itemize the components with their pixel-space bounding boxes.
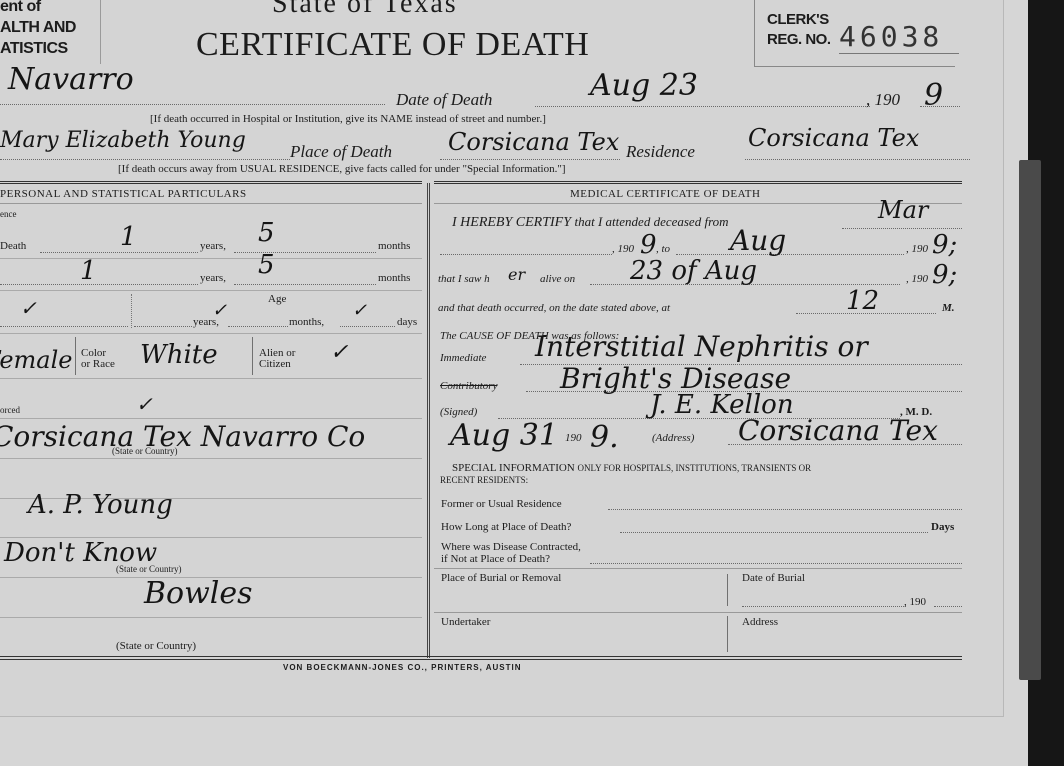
row2-months-value: 5	[258, 250, 275, 280]
department-divider	[100, 0, 101, 64]
row2-years-line	[0, 284, 198, 285]
county-value: Navarro	[8, 62, 134, 97]
alive-year-prefix: , 190	[906, 273, 928, 285]
mother-state-label: (State or Country)	[116, 640, 196, 652]
line	[608, 509, 962, 510]
alive-year-value: 9;	[932, 260, 957, 290]
personal-heading: PERSONAL AND STATISTICAL PARTICULARS	[0, 188, 247, 200]
department-line-2: ALTH AND	[0, 17, 76, 38]
name-line	[0, 159, 290, 160]
residence-note: [If death occurs away from USUAL RESIDEN…	[118, 163, 566, 175]
time-of-death-value: 12	[846, 286, 879, 316]
age-days-label: days	[397, 316, 417, 328]
age-days-check: ✓	[352, 300, 367, 321]
column-divider	[427, 183, 430, 658]
age-label: Age	[268, 293, 286, 305]
date-of-death-value: Aug 23	[590, 68, 698, 103]
recent-residents-label: RECENT RESIDENTS:	[440, 474, 811, 486]
citizen-check: ✓	[330, 340, 348, 365]
certificate-title: CERTIFICATE OF DEATH	[196, 26, 589, 64]
residence-label: Residence	[626, 142, 695, 162]
death-year-line	[920, 106, 960, 107]
death-year-value: 9	[924, 78, 943, 113]
death-occurred-label: and that death occurred, on the date sta…	[438, 302, 670, 314]
row1-years-line	[40, 252, 198, 253]
rule	[0, 333, 422, 334]
line	[440, 254, 612, 255]
special-info-heading: SPECIAL INFORMATION	[452, 462, 575, 474]
saw-label: that I saw h	[438, 273, 490, 285]
father-state-label: (State or Country)	[116, 564, 182, 574]
rule	[0, 290, 422, 291]
check-mark: ✓	[20, 296, 37, 320]
signature-date-value: Aug 31	[450, 418, 558, 453]
residence-value: Corsicana Tex	[748, 124, 919, 152]
state-title: State of Texas	[272, 0, 458, 20]
clerk-label: CLERK'S	[767, 10, 831, 30]
divider	[727, 574, 728, 606]
line	[134, 326, 192, 327]
from-year-prefix: , 190	[612, 243, 634, 255]
rule	[434, 612, 962, 613]
to-year-prefix: , 190	[906, 243, 928, 255]
not-at-place-label: if Not at Place of Death?	[441, 553, 581, 565]
line	[228, 326, 288, 327]
citizen-label: Citizen	[259, 359, 295, 370]
reg-no-label: REG. NO.	[767, 30, 831, 50]
line	[590, 563, 962, 564]
alive-label: alive on	[540, 273, 575, 285]
color-value: White	[140, 340, 218, 370]
rule	[0, 418, 422, 419]
rule	[0, 378, 422, 379]
former-residence-label: Former or Usual Residence	[441, 498, 562, 510]
contributory-label: Contributory	[440, 380, 497, 392]
row1-months-line	[234, 252, 376, 253]
deceased-name-value: Mary Elizabeth Young	[0, 128, 246, 153]
undertaker-label: Undertaker	[441, 616, 490, 628]
department-line-1: ent of	[0, 0, 76, 17]
row1-months-label: months	[378, 240, 410, 252]
line	[0, 326, 128, 327]
row2-months-line	[234, 284, 376, 285]
saw-pronoun-value: er	[508, 265, 525, 284]
medical-heading: MEDICAL CERTIFICATE OF DEATH	[570, 188, 760, 200]
address-label: (Address)	[652, 432, 694, 444]
to-value: Aug	[730, 224, 786, 257]
section-divider-right	[434, 181, 962, 184]
rule	[434, 568, 962, 569]
alive-on-value: 23 of Aug	[630, 256, 757, 286]
race-label: or Race	[81, 359, 115, 370]
section-divider-left	[0, 181, 422, 184]
certify-rest: that I attended deceased from	[575, 214, 729, 229]
sex-value: Female	[0, 346, 73, 374]
death-year-prefix: , 190	[866, 90, 900, 110]
department-line-3: ATISTICS	[0, 38, 76, 59]
attended-from-value: Mar	[878, 196, 928, 224]
rule	[0, 203, 422, 204]
printer-imprint: VON BOECKMANN-JONES CO., PRINTERS, AUSTI…	[283, 663, 522, 672]
signed-label: (Signed)	[440, 406, 477, 418]
father-name-value: A. P. Young	[28, 490, 173, 520]
divorced-label: orced	[0, 405, 20, 415]
date-of-death-label: Date of Death	[396, 90, 492, 110]
line	[842, 228, 962, 229]
row1-years-value: 1	[120, 222, 137, 252]
burial-year-prefix: , 190	[904, 596, 926, 608]
age-divider	[131, 294, 132, 328]
birthplace-value: Corsicana Tex Navarro Co	[0, 420, 365, 453]
burial-date-label: Date of Burial	[742, 572, 805, 584]
how-long-label: How Long at Place of Death?	[441, 521, 571, 533]
age-months-label: months,	[289, 316, 324, 328]
immediate-label: Immediate	[440, 352, 486, 364]
hospital-note: [If death occurred in Hospital or Instit…	[150, 113, 546, 125]
residence-length-label: ence	[0, 209, 16, 219]
place-of-death-value: Corsicana Tex	[448, 128, 619, 156]
row2-months-label: months	[378, 272, 410, 284]
row2-years-value: 1	[80, 256, 97, 286]
divider	[75, 337, 76, 375]
sign-year-value: 9.	[590, 420, 619, 455]
line	[934, 606, 962, 607]
physician-address-value: Corsicana Tex	[738, 414, 938, 447]
line	[742, 606, 906, 607]
row2-years-label: years,	[200, 272, 226, 284]
mother-name-value: Bowles	[144, 576, 253, 611]
place-of-death-label: Place of Death	[290, 142, 392, 162]
date-of-death-line	[535, 106, 870, 107]
burial-place-label: Place of Burial or Removal	[441, 572, 561, 584]
row1-months-value: 5	[258, 218, 275, 248]
rule	[0, 458, 422, 459]
undertaker-address-label: Address	[742, 616, 778, 628]
certify-text: I HEREBY CERTIFY	[452, 215, 571, 230]
row1-years-label: years,	[200, 240, 226, 252]
place-of-death-line	[440, 159, 620, 160]
age-years-label: years,	[193, 316, 219, 328]
days-label: Days	[931, 521, 954, 533]
residence-line	[745, 159, 970, 160]
clerk-reg-box: CLERK'S REG. NO. 46038	[754, 0, 955, 67]
department-label: ent of ALTH AND ATISTICS	[0, 0, 76, 59]
birthplace-state-label: (State or Country)	[112, 446, 178, 456]
line	[340, 326, 395, 327]
time-suffix: M.	[942, 302, 955, 314]
row1-label: Death	[0, 240, 26, 252]
divider	[252, 337, 253, 375]
line	[676, 254, 904, 255]
rule	[0, 258, 422, 259]
to-label: , to	[656, 243, 670, 255]
immediate-cause-value: Interstitial Nephritis or	[535, 330, 868, 363]
reg-number: 46038	[839, 20, 959, 54]
special-info-subheading: ONLY FOR HOSPITALS, INSTITUTIONS, TRANSI…	[578, 463, 812, 473]
county-line	[0, 104, 385, 105]
marital-check: ✓	[136, 392, 153, 416]
divider	[727, 616, 728, 652]
rule	[0, 617, 422, 618]
binder-strip	[1019, 160, 1041, 680]
line	[620, 532, 928, 533]
to-year-value: 9;	[932, 230, 957, 260]
bottom-rule	[0, 656, 962, 660]
where-contracted-label: Where was Disease Contracted,	[441, 541, 581, 553]
sign-year-prefix: 190	[565, 432, 582, 444]
